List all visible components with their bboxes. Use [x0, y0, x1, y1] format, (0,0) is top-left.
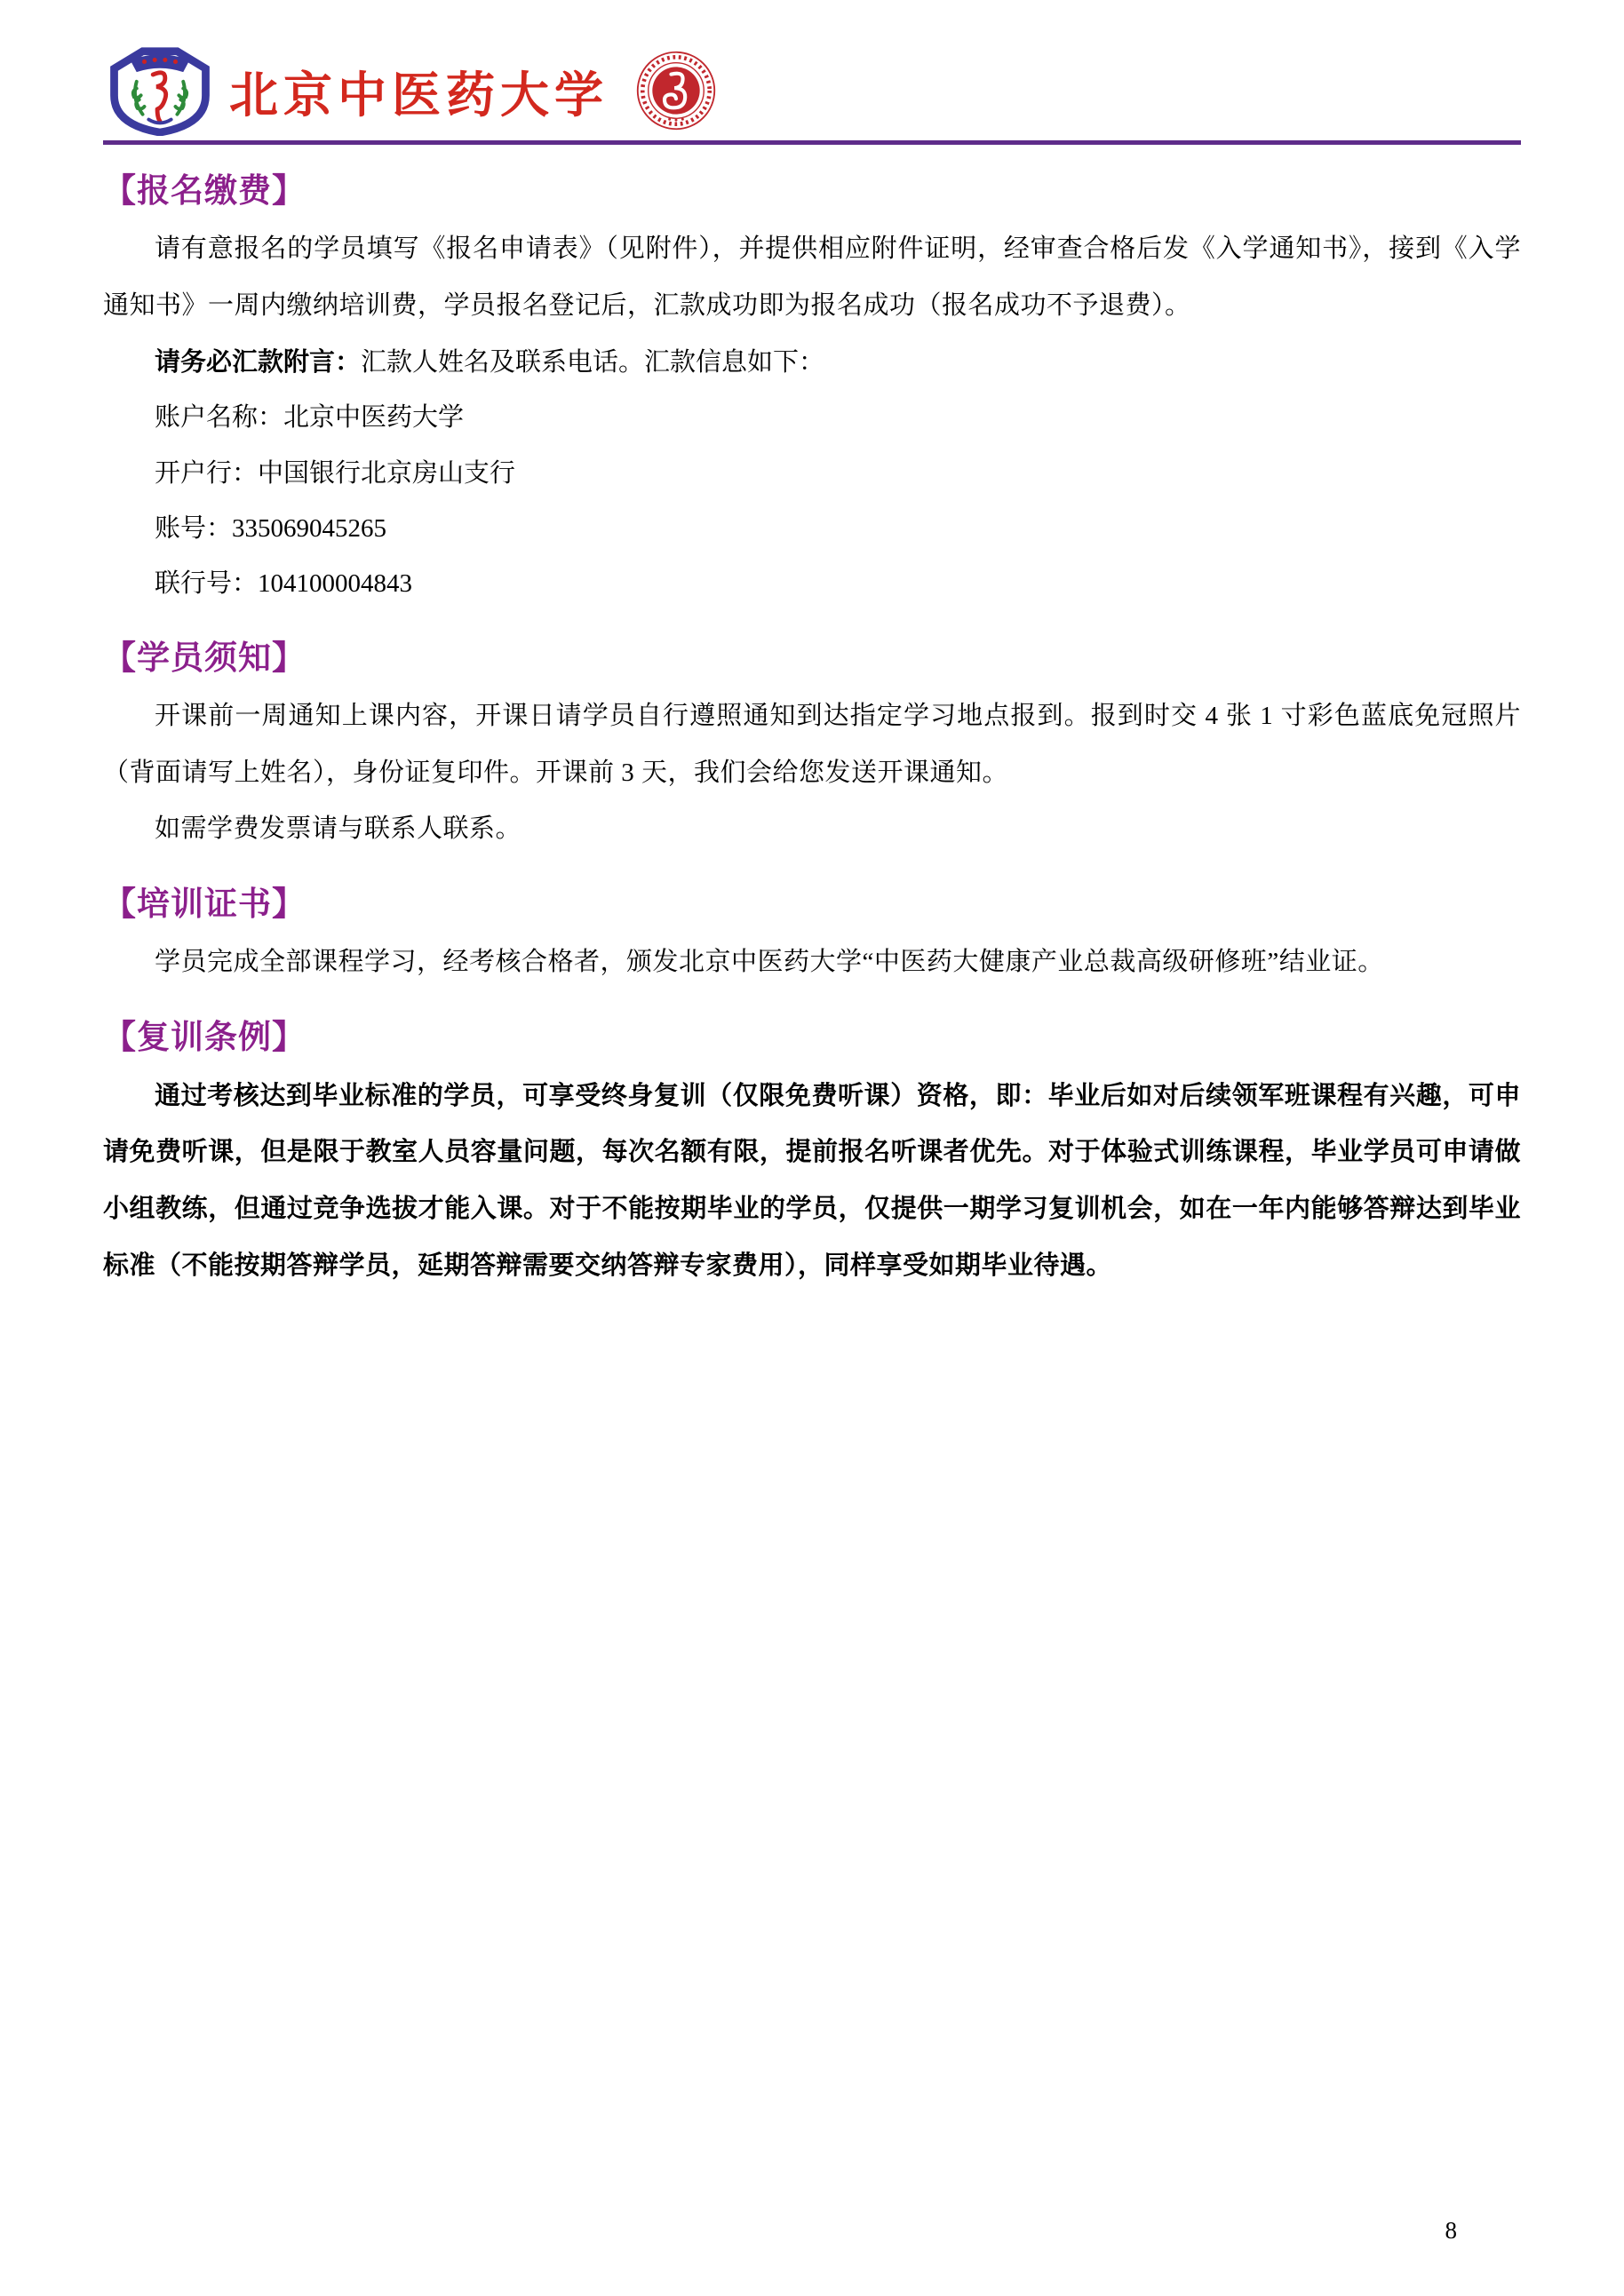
bank-line: 开户行：中国银行北京房山支行	[103, 446, 1521, 501]
section-enrollment: 【报名缴费】 请有意报名的学员填写《报名申请表》（见附件），并提供相应附件证明，…	[103, 171, 1521, 612]
notice-paragraph-1: 开课前一周通知上课内容，开课日请学员自行遵照通知到达指定学习地点报到。报到时交 …	[103, 688, 1521, 802]
remittance-note-text: 汇款人姓名及联系电话。汇款信息如下：	[361, 348, 824, 377]
bank-number-line: 联行号：104100004843	[103, 556, 1521, 611]
section-retraining: 【复训条例】 通过考核达到毕业标准的学员，可享受终身复训（仅限免费听课）资格，即…	[103, 1018, 1521, 1294]
university-seal-icon	[635, 50, 717, 131]
page-header: 北京中医药大学	[103, 44, 1521, 137]
university-emblem-icon	[103, 45, 217, 136]
remittance-note: 请务必汇款附言：汇款人姓名及联系电话。汇款信息如下：	[103, 335, 1521, 390]
account-name-line: 账户名称：北京中医药大学	[103, 390, 1521, 445]
section-notice: 【学员须知】 开课前一周通知上课内容，开课日请学员自行遵照通知到达指定学习地点报…	[103, 639, 1521, 859]
header-divider	[103, 140, 1521, 145]
retraining-paragraph: 通过考核达到毕业标准的学员，可享受终身复训（仅限免费听课）资格，即：毕业后如对后…	[103, 1069, 1521, 1295]
section-heading-notice: 【学员须知】	[103, 639, 1521, 679]
section-certificate: 【培训证书】 学员完成全部课程学习，经考核合格者，颁发北京中医药大学“中医药大健…	[103, 885, 1521, 991]
section-heading-retraining: 【复训条例】	[103, 1018, 1521, 1059]
account-number-line: 账号：335069045265	[103, 501, 1521, 556]
page-number: 8	[1445, 2217, 1458, 2244]
remittance-note-label: 请务必汇款附言：	[155, 348, 361, 377]
section-heading-enrollment: 【报名缴费】	[103, 171, 1521, 212]
university-name: 北京中医药大学	[229, 56, 609, 126]
section-heading-certificate: 【培训证书】	[103, 885, 1521, 926]
certificate-paragraph: 学员完成全部课程学习，经考核合格者，颁发北京中医药大学“中医药大健康产业总裁高级…	[103, 934, 1521, 991]
notice-paragraph-2: 如需学费发票请与联系人联系。	[103, 801, 1521, 858]
document-page: 北京中医药大学 【报名缴费】 请有意报名的学员填写《报名申请表》（见附件），并提…	[0, 0, 1624, 2296]
enrollment-paragraph: 请有意报名的学员填写《报名申请表》（见附件），并提供相应附件证明，经审查合格后发…	[103, 221, 1521, 335]
